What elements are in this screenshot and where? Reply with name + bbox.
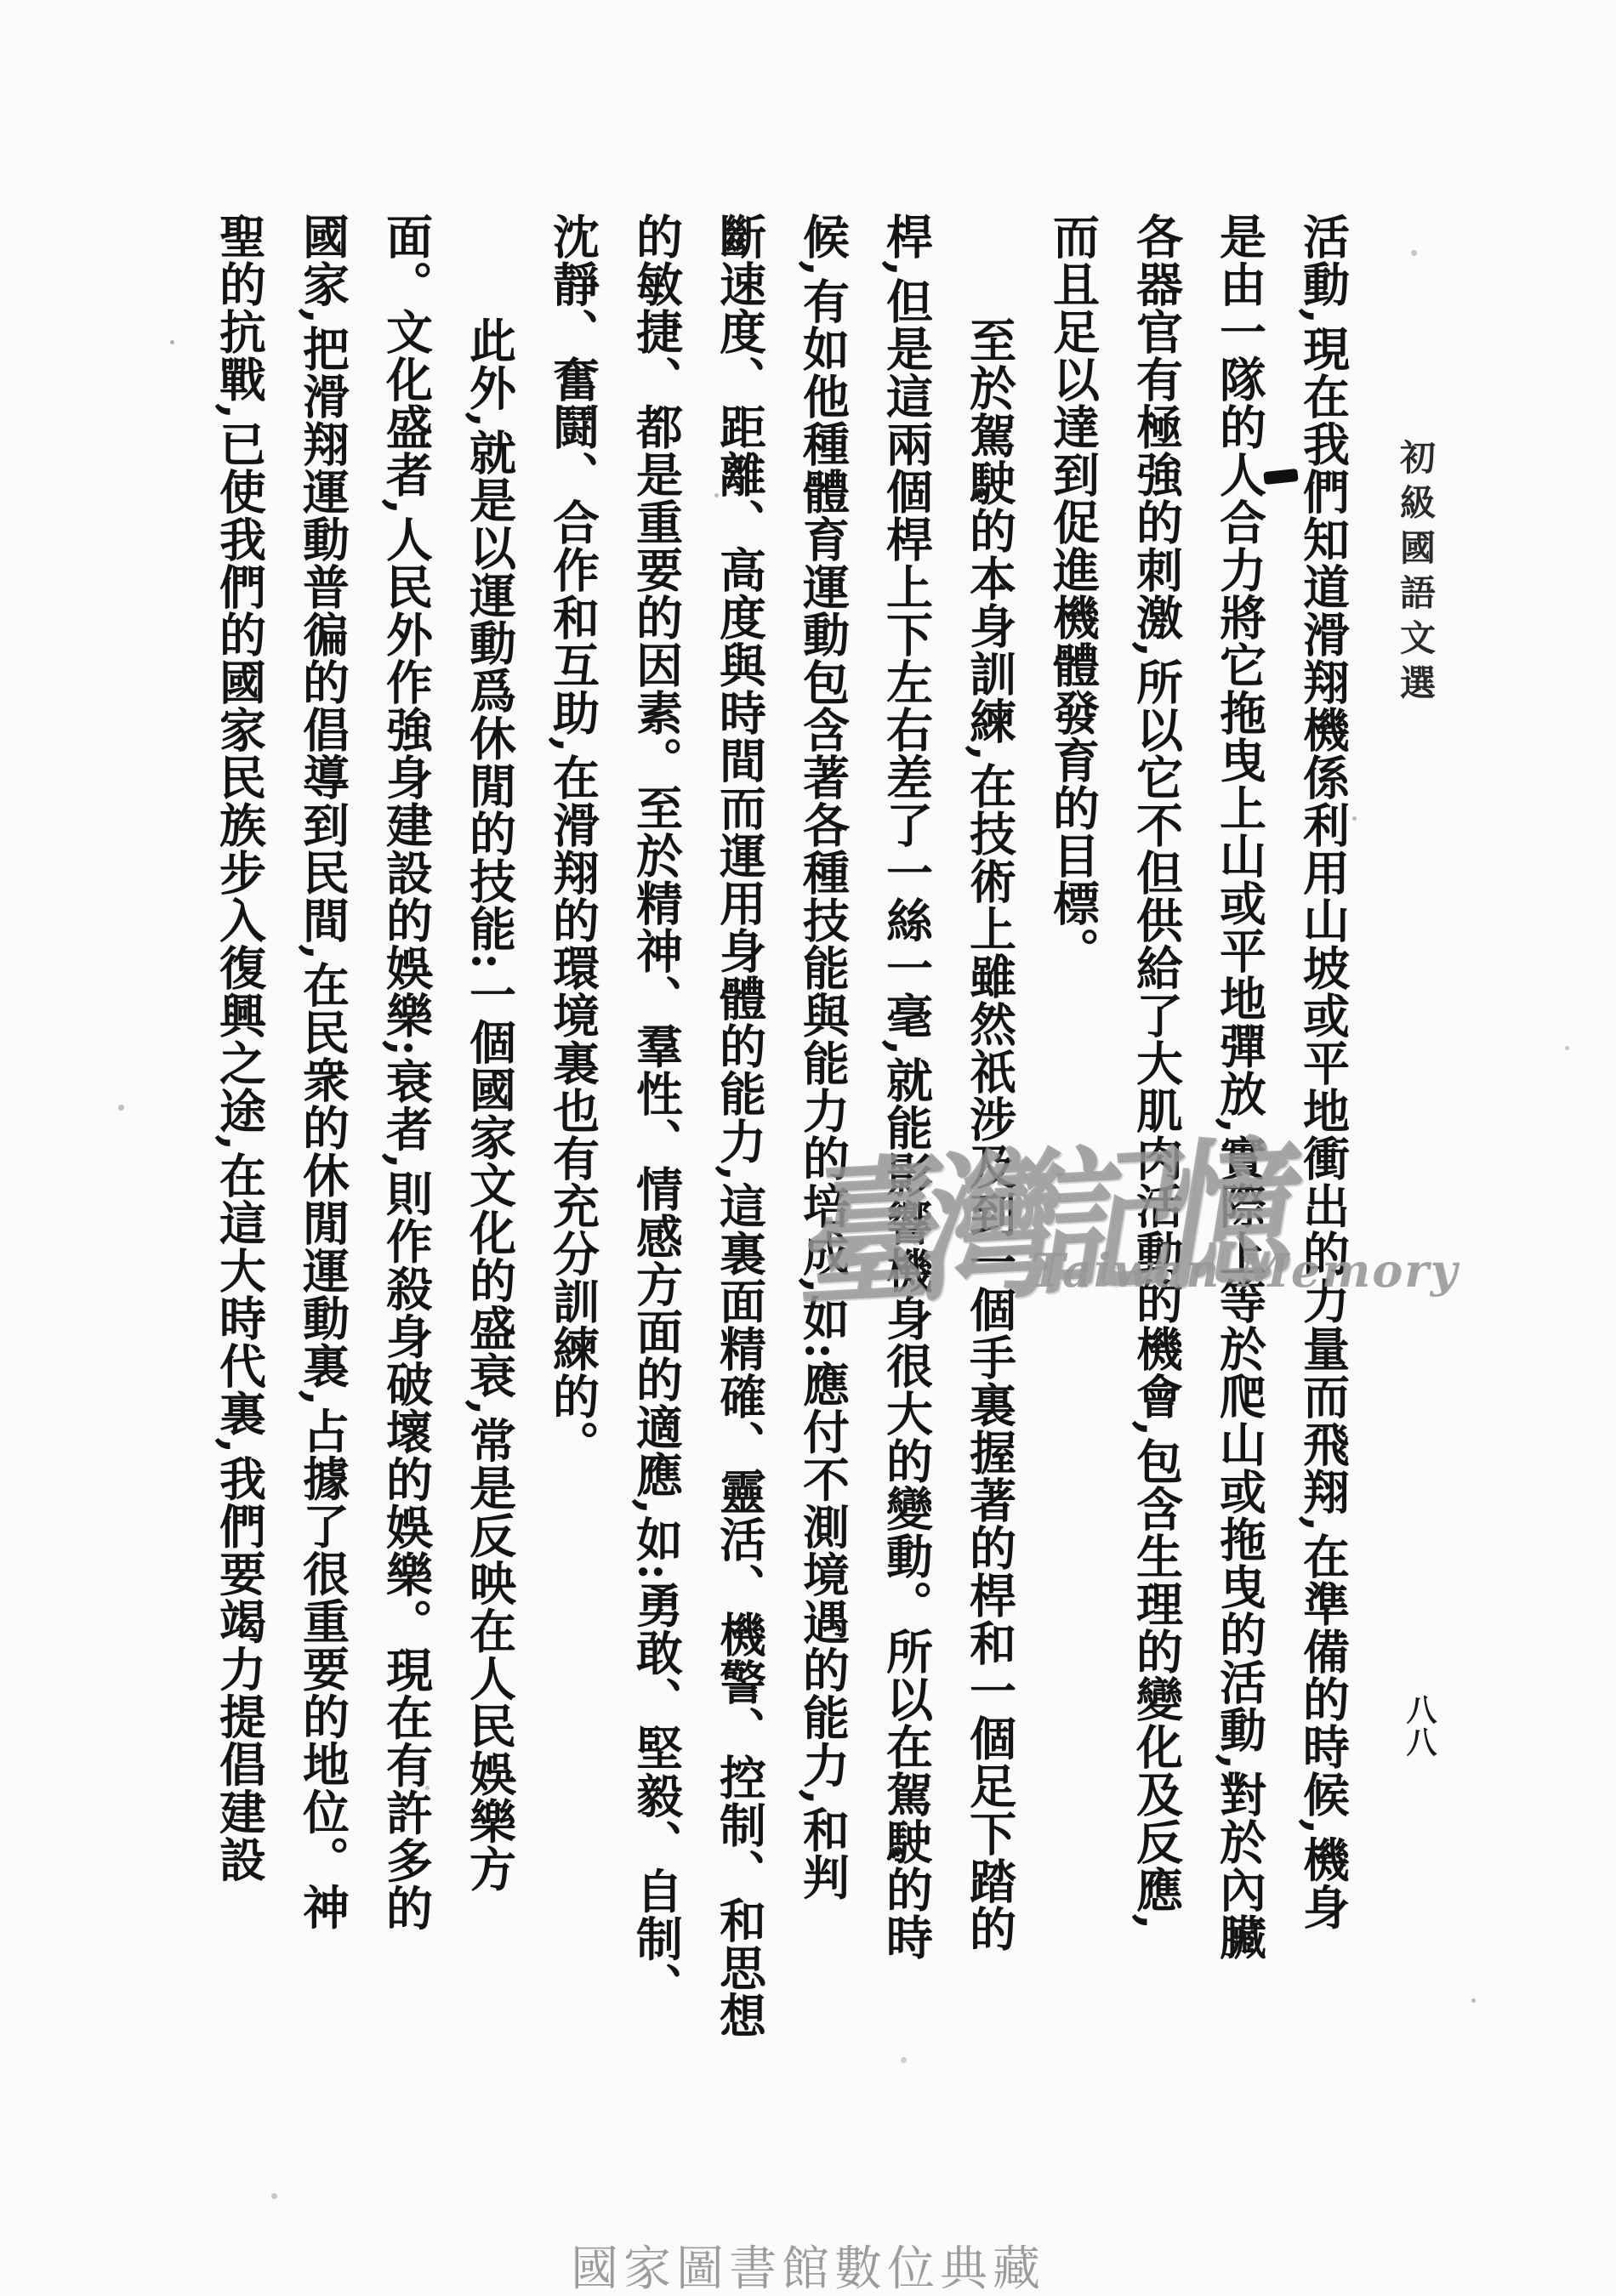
text-column: 的敏捷、都是重要的因素。至於精神、羣性、情感方面的適應,如:勇敢、堅毅、自制、	[614, 213, 697, 2109]
book-title-margin-label: 初級國語文選	[1390, 439, 1441, 745]
library-footer-caption: 國家圖書館數位典藏	[571, 2231, 1045, 2296]
scanned-book-page: 初級國語文選 活動,現在我們知道滑翔機係利用山坡或平地衝出的力量而飛翔,在準備的…	[0, 0, 1616, 2296]
scan-noise	[170, 340, 174, 344]
text-column: 此外,就是以運動爲休閒的技能:一個國家文化的盛衰,常是反映在人民娛樂方	[447, 213, 531, 2109]
text-column: 面。文化盛者,人民外作強身建設的娛樂;衰者,則作殺身破壞的娛樂。現在有許多的	[364, 213, 447, 2109]
text-column: 聖的抗戰,已使我們的國家民族步入復興之途,在這大時代裏,我們要竭力提倡建設	[197, 213, 281, 2109]
text-column: 活動,現在我們知道滑翔機係利用山坡或平地衝出的力量而飛翔,在準備的時候,機身	[1281, 213, 1364, 2109]
watermark-cjk: 臺灣記憶	[787, 1087, 1277, 1338]
text-column: 國家,把滑翔運動普徧的倡導到民間,在民衆的休閒運動裏,占據了很重要的地位。神	[281, 213, 364, 2109]
page-number: 八八	[1398, 1694, 1442, 1796]
text-column: 沈靜、奮鬪、合作和互助,在滑翔的環境裏也有充分訓練的。	[531, 213, 614, 2109]
watermark-latin: Taiwan Memory	[1031, 1243, 1459, 1298]
text-column: 斷速度、距離、高度與時間而運用身體的能力,這裏面精確、靈活、機警、控制、和思想	[697, 213, 781, 2109]
